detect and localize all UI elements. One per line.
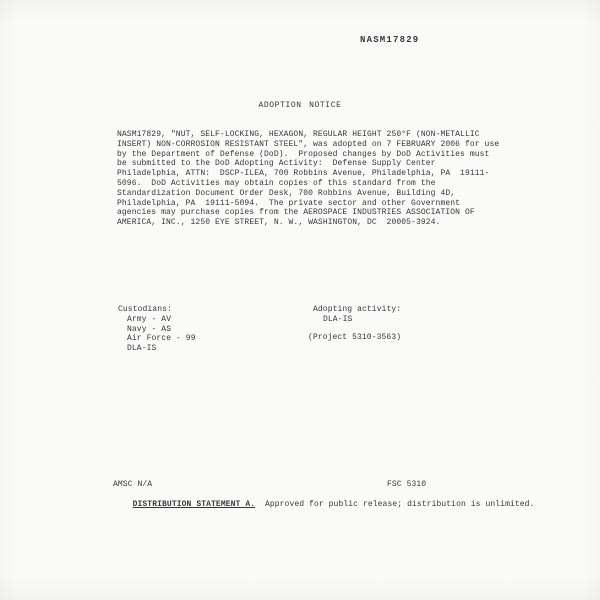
body-line: 5096. DoD Activities may obtain copies o…	[117, 179, 497, 189]
page-title: ADOPTION NOTICE	[0, 101, 600, 111]
adopting-activity-heading: Adopting activity:	[313, 305, 401, 315]
project-number: (Project 5310-3563)	[308, 333, 401, 343]
fsc-code: FSC 5310	[387, 480, 426, 490]
custodian-army: Army - AV	[127, 315, 171, 325]
body-line: agencies may purchase copies from the AE…	[117, 208, 497, 218]
distribution-statement-text: Approved for public release; distributio…	[255, 500, 534, 509]
adoption-notice-page: NASM17829 ADOPTION NOTICE NASM17829, "NU…	[0, 0, 600, 600]
amsc-code: AMSC N/A	[113, 480, 152, 490]
custodians-heading: Custodians:	[118, 305, 172, 315]
body-paragraph: NASM17829, "NUT, SELF-LOCKING, HEXAGON, …	[117, 130, 497, 228]
custodian-air-force: Air Force - 99	[127, 334, 196, 344]
distribution-statement: DISTRIBUTION STATEMENT A. Approved for p…	[113, 490, 535, 519]
body-line: Philadelphia, ATTN: DSCP-ILEA, 700 Robbi…	[117, 169, 497, 179]
body-line: Philadelphia, PA 19111-5094. The private…	[117, 199, 497, 209]
document-number: NASM17829	[360, 36, 419, 46]
body-line: be submitted to the DoD Adopting Activit…	[117, 159, 497, 169]
body-line: NASM17829, "NUT, SELF-LOCKING, HEXAGON, …	[117, 130, 497, 140]
distribution-statement-label: DISTRIBUTION STATEMENT A.	[133, 500, 256, 509]
adopting-activity-value: DLA-IS	[323, 315, 352, 325]
custodian-dla: DLA-IS	[127, 344, 156, 354]
body-line: Standardization Document Order Desk, 700…	[117, 189, 497, 199]
body-line: by the Department of Defense (DoD). Prop…	[117, 150, 497, 160]
custodian-navy: Navy - AS	[127, 325, 171, 335]
body-line: INSERT) NON-CORROSION RESISTANT STEEL", …	[117, 140, 497, 150]
body-line: AMERICA, INC., 1250 EYE STREET, N. W., W…	[117, 218, 497, 228]
